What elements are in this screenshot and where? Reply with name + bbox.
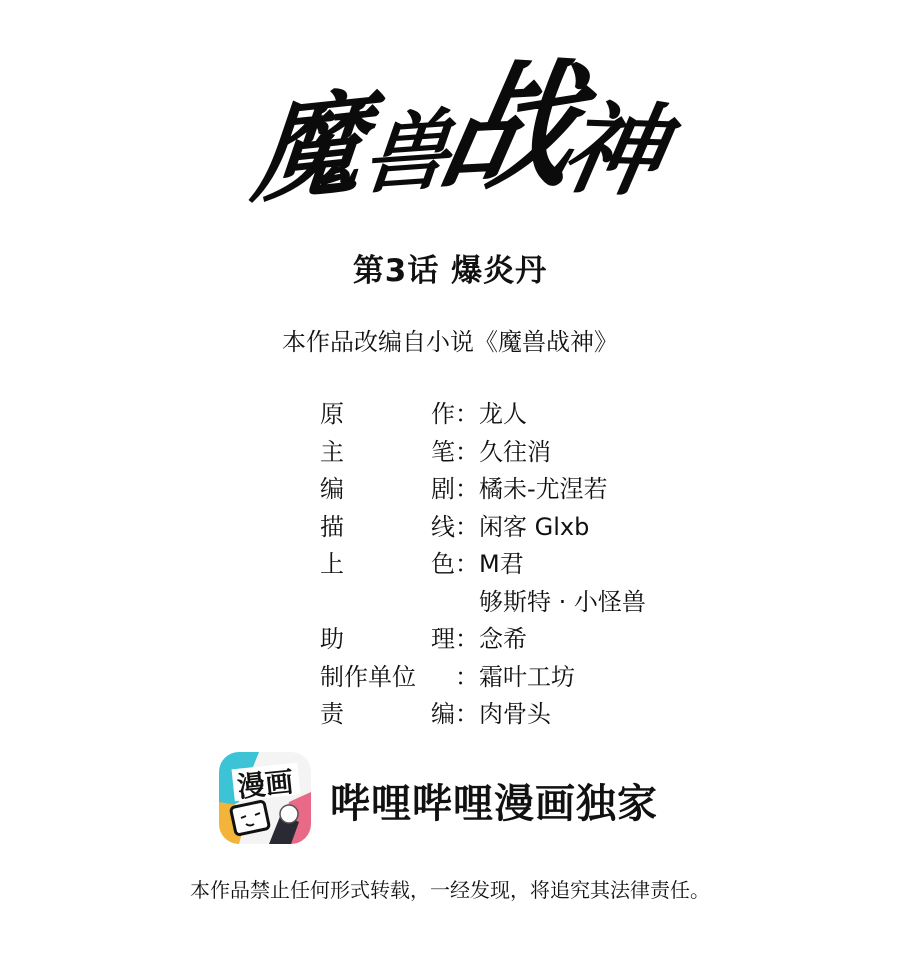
colon: ：	[455, 621, 479, 659]
credit-row-lead-artist: 主笔 ： 久往消	[320, 434, 646, 472]
role-label: 剧	[431, 471, 455, 509]
role-label: 线	[431, 509, 455, 547]
credit-row-original-author: 原作 ： 龙人	[320, 396, 646, 434]
credit-row-editor: 责编 ： 肉骨头	[320, 696, 646, 734]
colon: ：	[455, 471, 479, 509]
colon: ：	[455, 696, 479, 734]
role-label: 助	[320, 621, 344, 659]
colon: ：	[455, 434, 479, 472]
colon: ：	[455, 659, 479, 697]
colon: ：	[455, 546, 479, 584]
credit-row-lineart: 描线 ： 闲客 Glxb	[320, 509, 646, 547]
role-label: 制作单位	[320, 659, 416, 697]
role-label: 原	[320, 396, 344, 434]
role-label: 上	[320, 546, 344, 584]
role-label: 理	[431, 621, 455, 659]
colon: ：	[455, 396, 479, 434]
credit-row-production: 制作单位 ： 霜叶工坊	[320, 659, 646, 697]
chapter-title: 第3话 爆炎丹	[0, 245, 900, 290]
title-char-1: 魔	[247, 53, 373, 225]
svg-text:漫画: 漫画	[236, 765, 295, 804]
credit-names: 念希	[479, 621, 527, 659]
role-label: 编	[431, 696, 455, 734]
exclusive-label: 哔哩哔哩漫画独家	[330, 772, 658, 829]
role-label: 主	[320, 434, 344, 472]
credit-names: 闲客 Glxb	[479, 509, 589, 547]
series-title-calligraphy: 魔 兽 战 神	[250, 15, 670, 220]
credit-names: M君	[479, 546, 524, 584]
adaptation-note: 本作品改编自小说《魔兽战神》	[0, 322, 900, 357]
legal-notice: 本作品禁止任何形式转载，一经发现，将追究其法律责任。	[0, 874, 900, 903]
credit-row-assistant: 助理 ： 念希	[320, 621, 646, 659]
credit-names: 霜叶工坊	[479, 659, 575, 697]
credit-row-coloring-cont: 够斯特 · 小怪兽	[320, 584, 646, 622]
role-label: 编	[320, 471, 344, 509]
credit-names: 久往消	[479, 434, 551, 472]
role-label: 作	[431, 396, 455, 434]
credit-names: 龙人	[479, 396, 527, 434]
credit-row-coloring: 上色 ： M君	[320, 546, 646, 584]
credit-row-script: 编剧 ： 橘未-尤涅若	[320, 471, 646, 509]
bilibili-manga-logo-icon: 漫画	[219, 752, 311, 844]
credit-names: 橘未-尤涅若	[479, 471, 608, 509]
role-label: 色	[431, 546, 455, 584]
role-label: 责	[320, 696, 344, 734]
credit-names: 肉骨头	[479, 696, 551, 734]
role-label: 描	[320, 509, 344, 547]
credits-list: 原作 ： 龙人 主笔 ： 久往消 编剧 ： 橘未-尤涅若 描线 ： 闲客 Glx…	[320, 396, 646, 734]
credit-names: 够斯特 · 小怪兽	[479, 584, 646, 622]
colon: ：	[455, 509, 479, 547]
role-label: 笔	[431, 434, 455, 472]
